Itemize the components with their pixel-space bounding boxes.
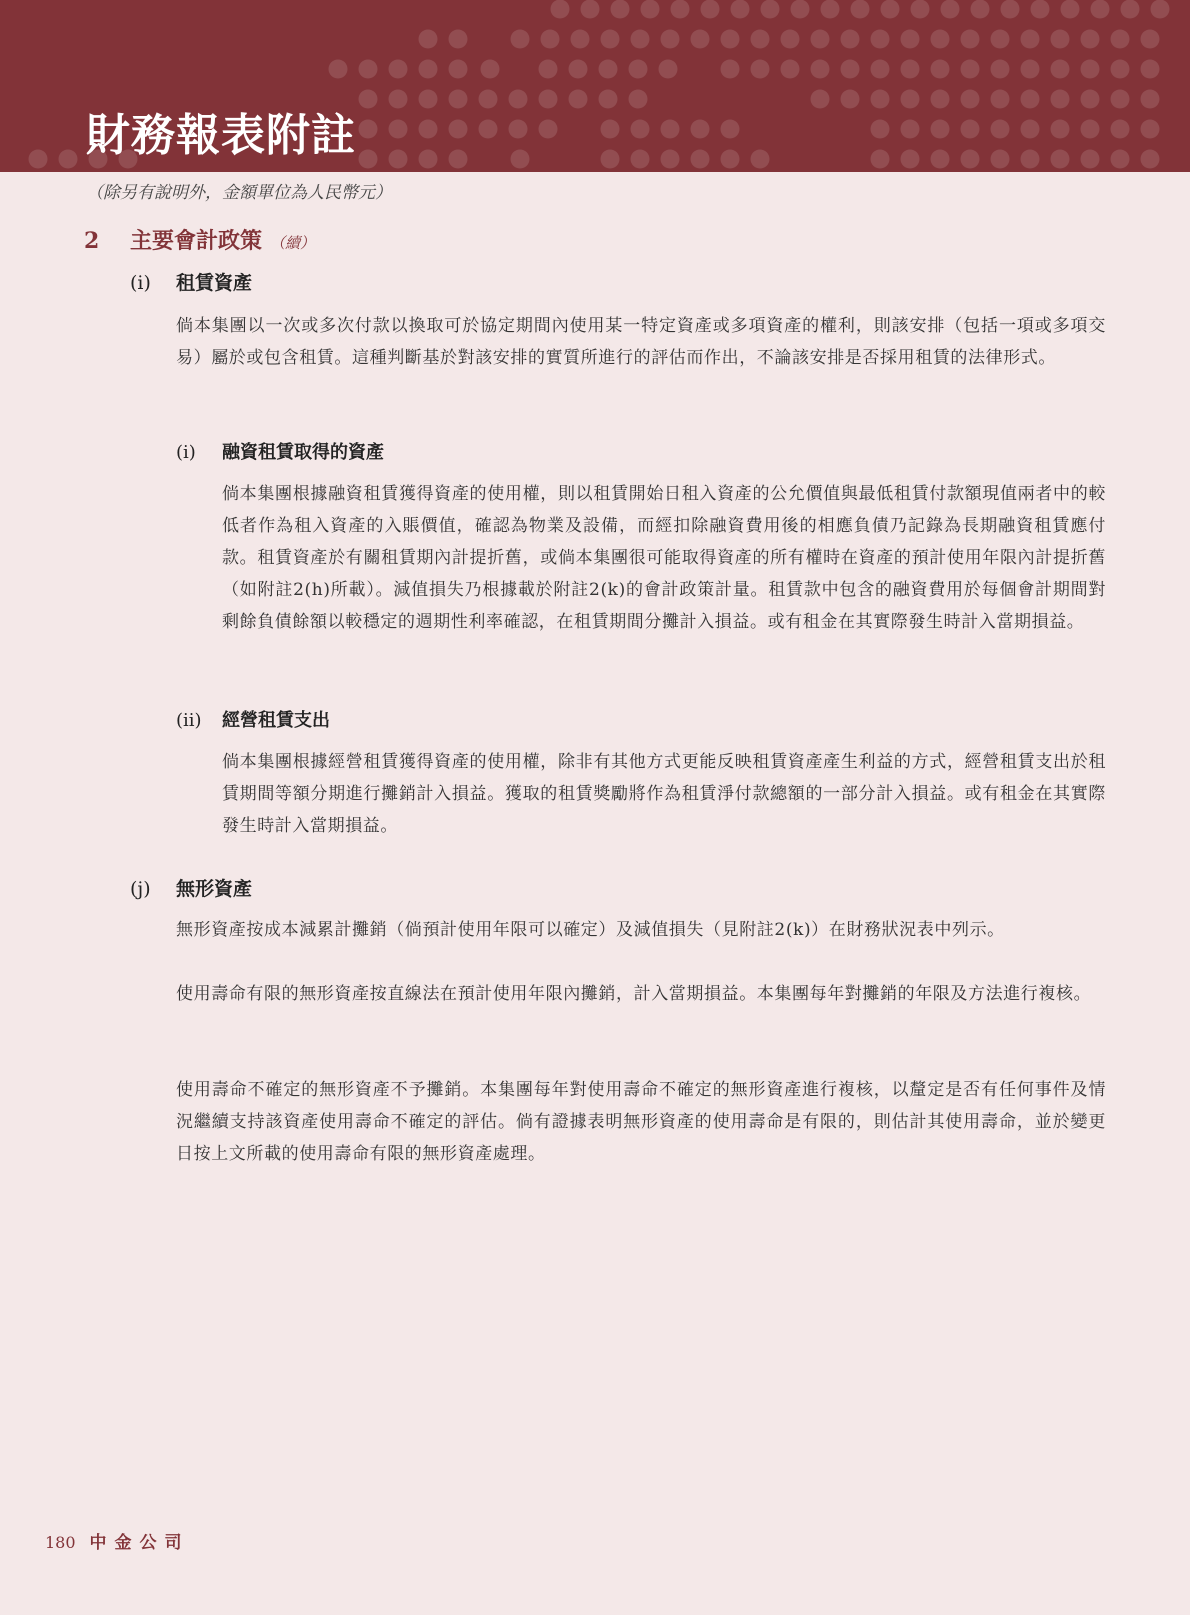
item-label: (i) — [176, 442, 222, 463]
company-name: 中金公司 — [90, 1533, 190, 1553]
header-banner: 財務報表附註 — [0, 0, 1190, 172]
subsection-label: (j) — [130, 878, 176, 900]
currency-note: （除另有說明外，金額單位為人民幣元） — [86, 178, 392, 203]
intangible-paragraph-2: 使用壽命有限的無形資產按直線法在預計使用年限內攤銷，計入當期損益。本集團每年對攤… — [176, 978, 1106, 1010]
subsection-title: 無形資產 — [176, 878, 252, 900]
item-label: (ii) — [176, 710, 222, 731]
continued-label: （續） — [270, 234, 315, 252]
section-title: 主要會計政策 — [130, 228, 262, 254]
item-heading-finance-lease: (i)融資租賃取得的資產 — [176, 438, 384, 464]
subsection-heading-i: (i)租賃資產 — [130, 268, 252, 295]
intangible-paragraph-1: 無形資產按成本減累計攤銷（倘預計使用年限可以確定）及減值損失（見附註2(k)）在… — [176, 914, 1106, 946]
lease-intro-paragraph: 倘本集團以一次或多次付款以換取可於協定期間內使用某一特定資產或多項資產的權利，則… — [176, 310, 1106, 374]
subsection-title: 租賃資產 — [176, 272, 252, 294]
page-title: 財務報表附註 — [86, 108, 356, 164]
item-heading-operating-lease: (ii)經營租賃支出 — [176, 706, 330, 732]
item-title: 融資租賃取得的資產 — [222, 442, 384, 463]
page-number: 180 — [45, 1533, 76, 1552]
operating-lease-paragraph: 倘本集團根據經營租賃獲得資產的使用權，除非有其他方式更能反映租賃資產產生利益的方… — [222, 746, 1106, 842]
section-heading: 2主要會計政策（續） — [84, 224, 315, 255]
section-number: 2 — [84, 228, 130, 254]
subsection-label: (i) — [130, 272, 176, 294]
page-footer: 180中金公司 — [45, 1528, 190, 1553]
finance-lease-paragraph: 倘本集團根據融資租賃獲得資產的使用權，則以租賃開始日租入資產的公允價值與最低租賃… — [222, 478, 1106, 638]
item-title: 經營租賃支出 — [222, 710, 330, 731]
intangible-paragraph-3: 使用壽命不確定的無形資產不予攤銷。本集團每年對使用壽命不確定的無形資產進行複核，… — [176, 1074, 1106, 1170]
subsection-heading-j: (j)無形資產 — [130, 874, 252, 901]
